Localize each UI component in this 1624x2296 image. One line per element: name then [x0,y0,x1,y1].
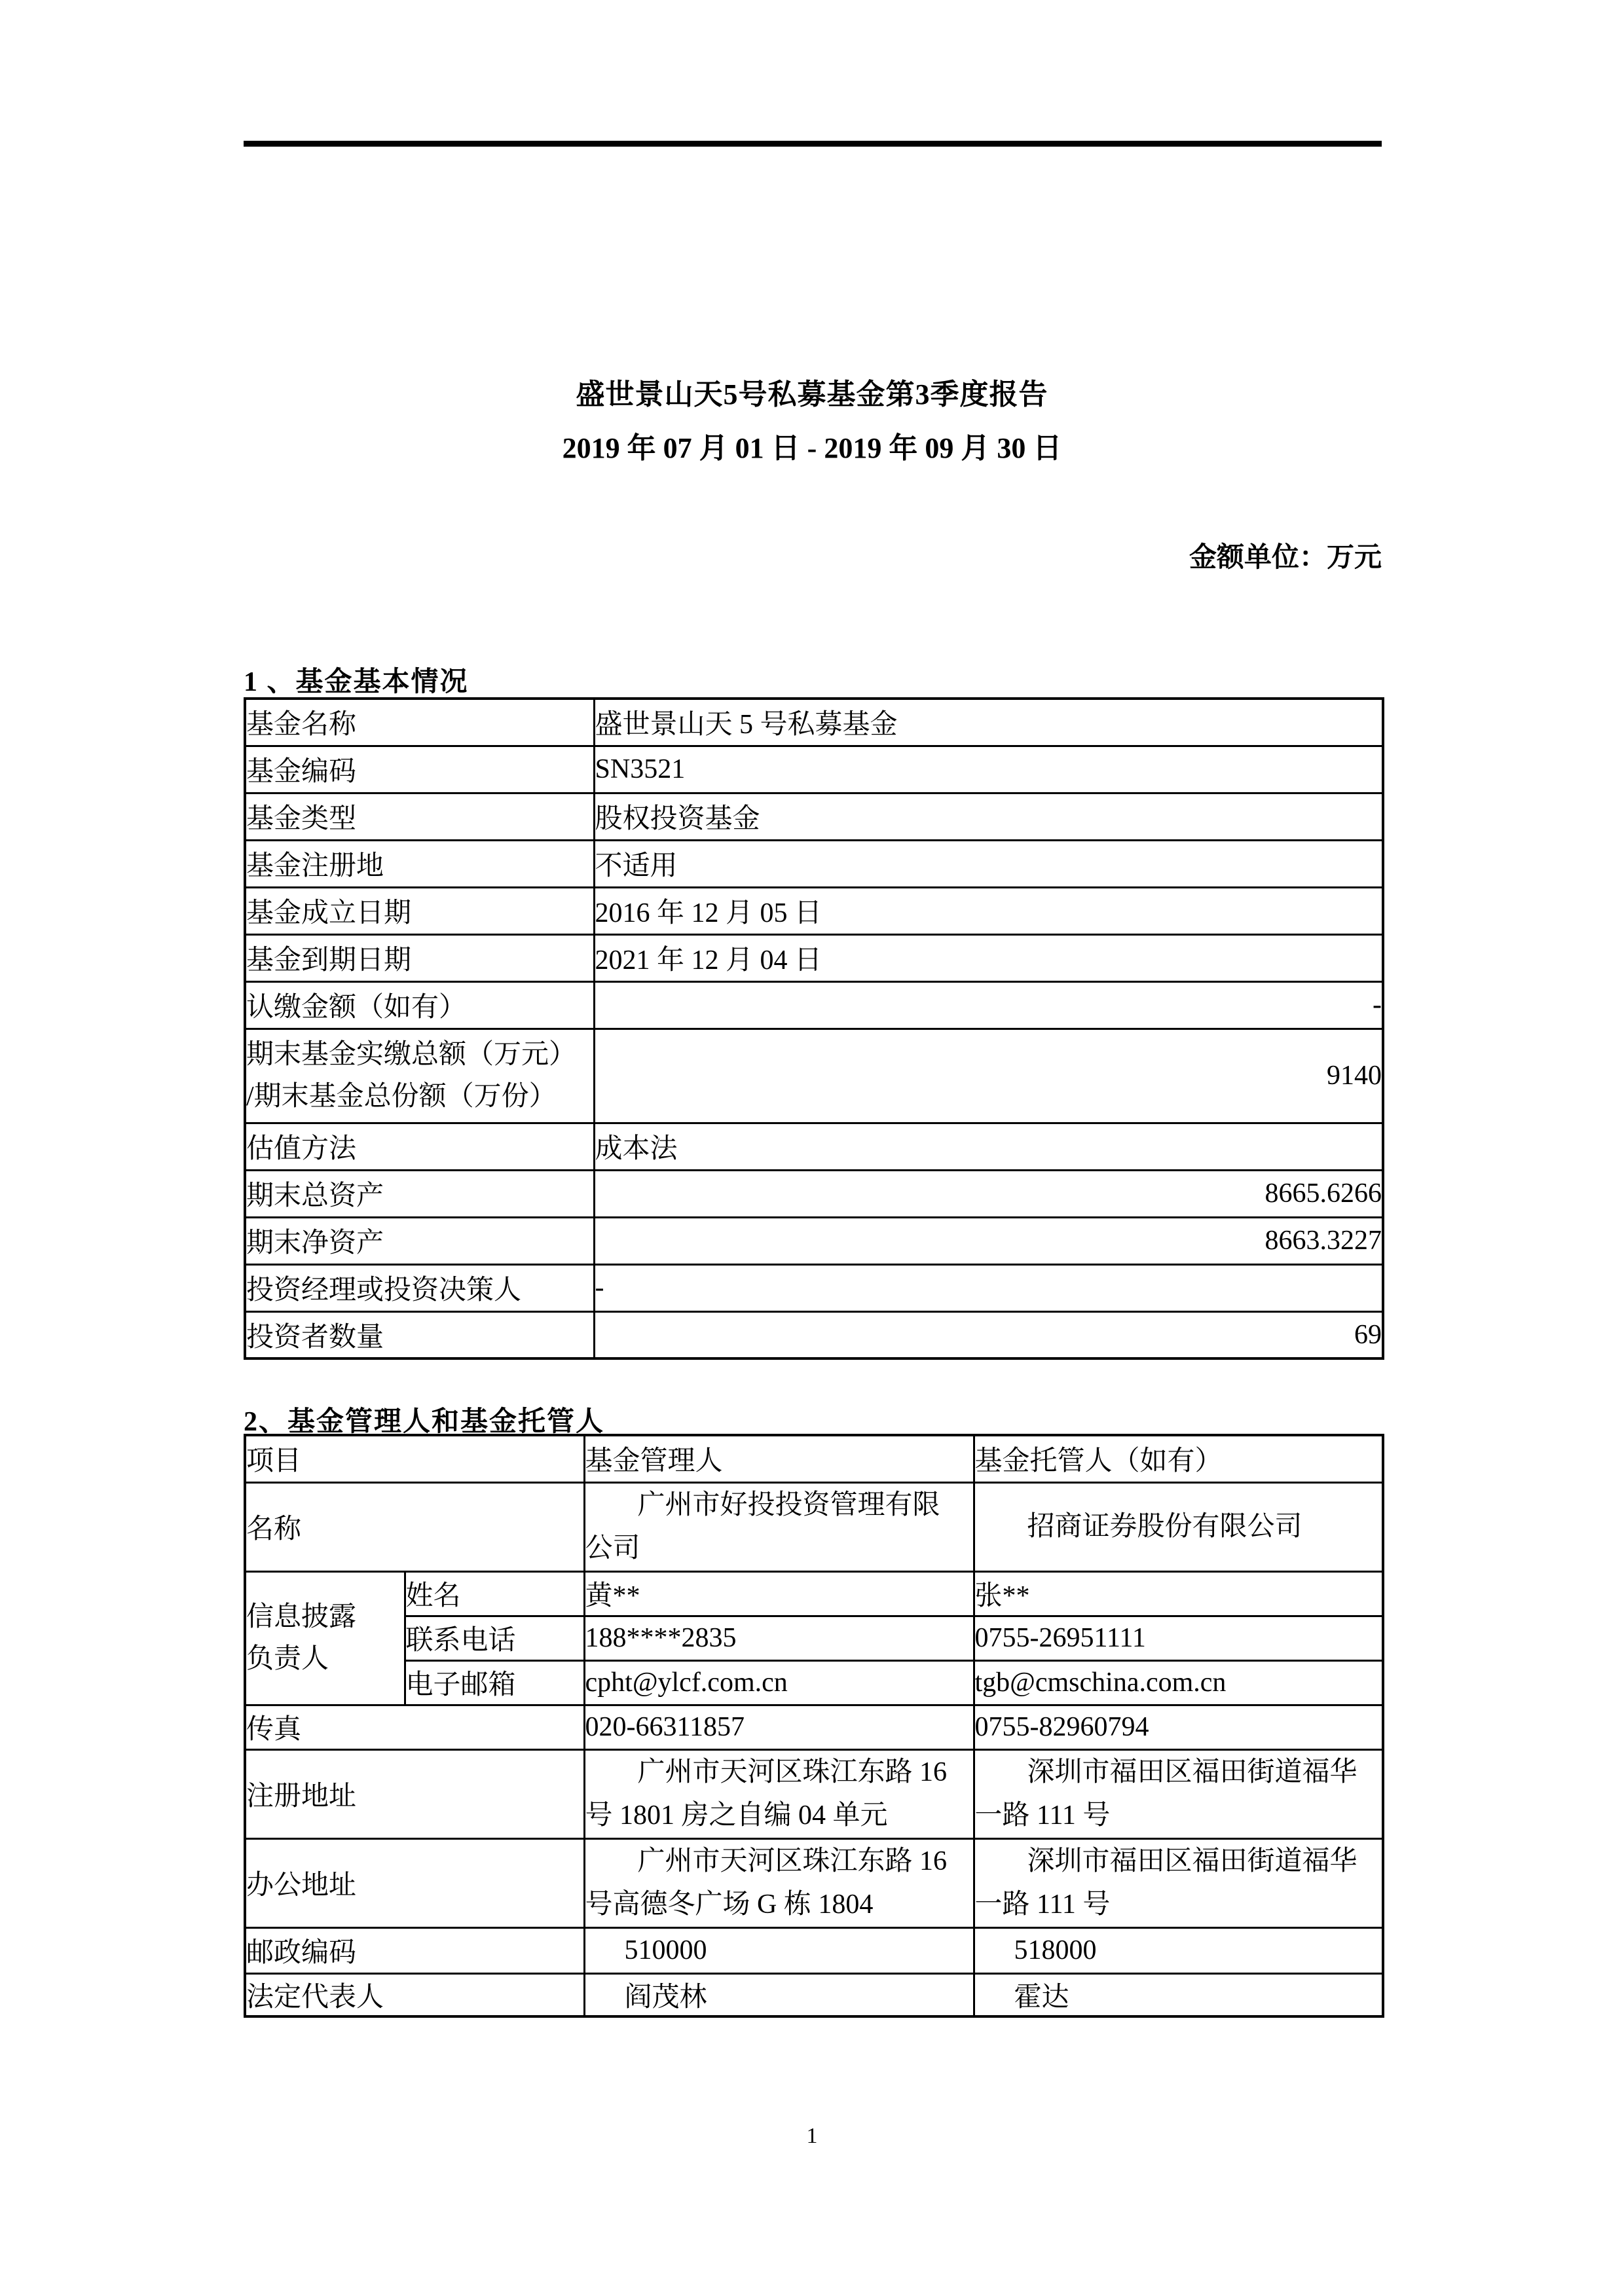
custodian-contact-name: 张** [974,1571,1383,1616]
fund-basic-info-table: 基金名称 盛世景山天 5 号私募基金 基金编码 SN3521 基金类型 股权投资… [244,697,1384,1360]
fund-domicile-label: 基金注册地 [245,840,594,887]
custodian-registered-address: 深圳市福田区福田街道福华 一路 111 号 [974,1749,1383,1838]
fund-name-value: 盛世景山天 5 号私募基金 [594,699,1383,746]
contact-phone-label: 联系电话 [405,1616,584,1660]
table-row-fund-name: 基金名称 盛世景山天 5 号私募基金 [245,699,1383,746]
fund-name-label: 基金名称 [245,699,594,746]
table-row-fund-inception-date: 基金成立日期 2016 年 12 月 05 日 [245,887,1383,934]
valuation-method-label: 估值方法 [245,1123,594,1170]
report-page: 盛世景山天5号私募基金第3季度报告 2019 年 07 月 01 日 - 201… [0,0,1624,2296]
fund-type-value: 股权投资基金 [594,793,1383,840]
page-number: 1 [0,2124,1624,2149]
manager-postal-code: 510000 [584,1927,974,1973]
manager-legal-representative: 阎茂林 [584,1973,974,2016]
fund-inception-value: 2016 年 12 月 05 日 [594,887,1383,934]
table-row-total-assets: 期末总资产 8665.6266 [245,1170,1383,1217]
manager-office-address: 广州市天河区珠江东路 16 号高德冬广场 G 栋 1804 [584,1838,974,1927]
disclosure-officer-label: 信息披露 负责人 [245,1571,405,1705]
table-row-investment-manager: 投资经理或投资决策人 - [245,1264,1383,1311]
custodian-contact-phone: 0755-26951111 [974,1616,1383,1660]
fund-maturity-label: 基金到期日期 [245,934,594,981]
net-assets-value: 8663.3227 [594,1217,1383,1264]
table-row-valuation-method: 估值方法 成本法 [245,1123,1383,1170]
custodian-fax-value: 0755-82960794 [974,1705,1383,1749]
fund-maturity-value: 2021 年 12 月 04 日 [594,934,1383,981]
manager-contact-email: cpht@ylcf.com.cn [584,1660,974,1705]
table-row-fund-code: 基金编码 SN3521 [245,746,1383,793]
manager-custodian-table: 项目 基金管理人 基金托管人（如有） 名称 广州市好投投资管理有限 公司 招商证… [244,1434,1384,2018]
table-row-contact-name: 信息披露 负责人 姓名 黄** 张** [245,1571,1383,1616]
total-assets-label: 期末总资产 [245,1170,594,1217]
table-row-office-address: 办公地址 广州市天河区珠江东路 16 号高德冬广场 G 栋 1804 深圳市福田… [245,1838,1383,1927]
custodian-legal-representative: 霍达 [974,1973,1383,2016]
table-row-subscribed-amount: 认缴金额（如有） - [245,981,1383,1029]
table-row-fund-maturity-date: 基金到期日期 2021 年 12 月 04 日 [245,934,1383,981]
table-row-fund-type: 基金类型 股权投资基金 [245,793,1383,840]
fund-domicile-value: 不适用 [594,840,1383,887]
investment-manager-value: - [594,1264,1383,1311]
table-row-fax: 传真 020-66311857 0755-82960794 [245,1705,1383,1749]
custodian-contact-email: tgb@cmschina.com.cn [974,1660,1383,1705]
investor-count-label: 投资者数量 [245,1311,594,1358]
fax-label: 传真 [245,1705,584,1749]
table-row-name: 名称 广州市好投投资管理有限 公司 招商证券股份有限公司 [245,1482,1383,1571]
section2-heading: 2、基金管理人和基金托管人 [244,1400,604,1439]
fund-code-label: 基金编码 [245,746,594,793]
table-row-postal-code: 邮政编码 510000 518000 [245,1927,1383,1973]
table-row-contact-email: 电子邮箱 cpht@ylcf.com.cn tgb@cmschina.com.c… [245,1660,1383,1705]
amount-unit-note: 金额单位：万元 [244,536,1382,575]
col-header-custodian: 基金托管人（如有） [974,1435,1383,1482]
table-row-contact-phone: 联系电话 188****2835 0755-26951111 [245,1616,1383,1660]
manager-contact-phone: 188****2835 [584,1616,974,1660]
contact-name-label: 姓名 [405,1571,584,1616]
contact-email-label: 电子邮箱 [405,1660,584,1705]
total-assets-value: 8665.6266 [594,1170,1383,1217]
table-row-paidin-total: 期末基金实缴总额（万元） /期末基金总份额（万份） 9140 [245,1029,1383,1123]
section1-heading: 1 、基金基本情况 [244,660,469,699]
manager-registered-address: 广州市天河区珠江东路 16 号 1801 房之自编 04 单元 [584,1749,974,1838]
paidin-total-value: 9140 [594,1029,1383,1123]
valuation-method-value: 成本法 [594,1123,1383,1170]
manager-contact-name: 黄** [584,1571,974,1616]
net-assets-label: 期末净资产 [245,1217,594,1264]
registered-address-label: 注册地址 [245,1749,584,1838]
report-title: 盛世景山天5号私募基金第3季度报告 [0,371,1624,412]
manager-fax-value: 020-66311857 [584,1705,974,1749]
report-period: 2019 年 07 月 01 日 - 2019 年 09 月 30 日 [0,424,1624,466]
investor-count-value: 69 [594,1311,1383,1358]
col-header-manager: 基金管理人 [584,1435,974,1482]
table-header-row: 项目 基金管理人 基金托管人（如有） [245,1435,1383,1482]
custodian-name-value: 招商证券股份有限公司 [974,1482,1383,1571]
header-rule [244,141,1382,147]
paidin-total-label: 期末基金实缴总额（万元） /期末基金总份额（万份） [245,1029,594,1123]
fund-type-label: 基金类型 [245,793,594,840]
table-row-fund-domicile: 基金注册地 不适用 [245,840,1383,887]
table-row-registered-address: 注册地址 广州市天河区珠江东路 16 号 1801 房之自编 04 单元 深圳市… [245,1749,1383,1838]
table-row-investor-count: 投资者数量 69 [245,1311,1383,1358]
postal-code-label: 邮政编码 [245,1927,584,1973]
custodian-postal-code: 518000 [974,1927,1383,1973]
subscribed-amount-label: 认缴金额（如有） [245,981,594,1029]
col-header-item: 项目 [245,1435,584,1482]
subscribed-amount-value: - [594,981,1383,1029]
fund-code-value: SN3521 [594,746,1383,793]
legal-representative-label: 法定代表人 [245,1973,584,2016]
table-row-legal-representative: 法定代表人 阎茂林 霍达 [245,1973,1383,2016]
table-row-net-assets: 期末净资产 8663.3227 [245,1217,1383,1264]
manager-name-value: 广州市好投投资管理有限 公司 [584,1482,974,1571]
office-address-label: 办公地址 [245,1838,584,1927]
name-label: 名称 [245,1482,584,1571]
custodian-office-address: 深圳市福田区福田街道福华 一路 111 号 [974,1838,1383,1927]
fund-inception-label: 基金成立日期 [245,887,594,934]
investment-manager-label: 投资经理或投资决策人 [245,1264,594,1311]
